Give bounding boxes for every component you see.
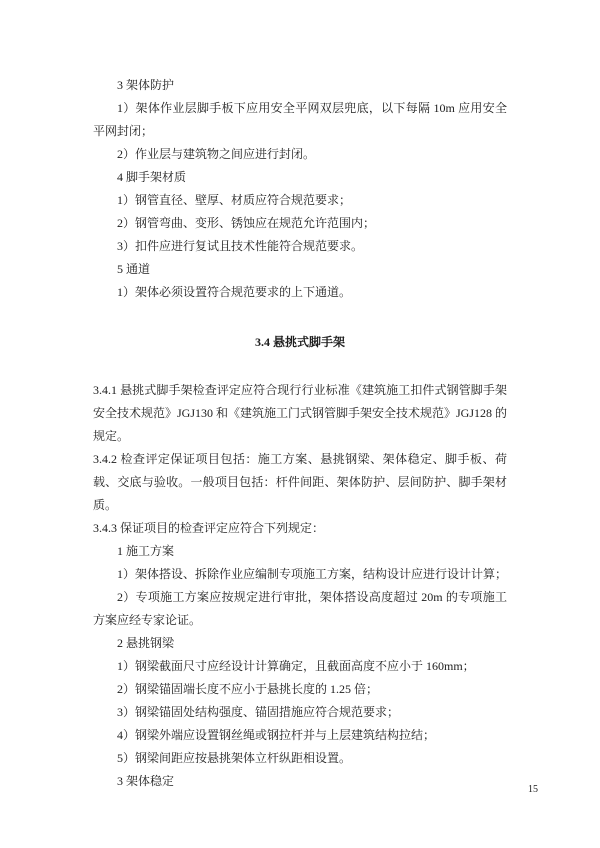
list-item: 4）钢梁外端应设置钢丝绳或钢拉杆并与上层建筑结构拉结；: [93, 724, 507, 747]
page-number: 15: [528, 783, 538, 797]
clause-paragraph-3-4-1: 3.4.1 悬挑式脚手架检查评定应符合现行行业标准《建筑施工扣件式钢管脚手架安全…: [93, 379, 507, 448]
list-item: 3）钢梁锚固处结构强度、锚固措施应符合规范要求；: [93, 701, 507, 724]
list-item: 3）扣件应进行复试且技术性能符合规范要求。: [93, 235, 507, 258]
list-item: 1）钢梁截面尺寸应经设计计算确定，且截面高度不应小于 160mm；: [93, 655, 507, 678]
list-item: 1）钢管直径、壁厚、材质应符合规范要求；: [93, 189, 507, 212]
document-content: 3 架体防护 1）架体作业层脚手板下应用安全平网双层兜底，以下每隔 10m 应用…: [93, 74, 507, 793]
list-item: 1）架体必须设置符合规范要求的上下通道。: [93, 281, 507, 304]
clause-paragraph-3-4-3: 3.4.3 保证项目的检查评定应符合下列规定：: [93, 517, 507, 540]
item-heading-frame-stability: 3 架体稳定: [93, 770, 507, 793]
item-heading-passage: 5 通道: [93, 258, 507, 281]
list-item: 1）架体作业层脚手板下应用安全平网双层兜底，以下每隔 10m 应用安全平网封闭；: [93, 97, 507, 143]
clause-paragraph-3-4-2: 3.4.2 检查评定保证项目包括：施工方案、悬挑钢梁、架体稳定、脚手板、荷载、交…: [93, 448, 507, 517]
list-item: 2）钢梁锚固端长度不应小于悬挑长度的 1.25 倍；: [93, 678, 507, 701]
item-heading-construction-plan: 1 施工方案: [93, 540, 507, 563]
list-item: 2）专项施工方案应按规定进行审批，架体搭设高度超过 20m 的专项施工方案应经专…: [93, 586, 507, 632]
document-page: 3 架体防护 1）架体作业层脚手板下应用安全平网双层兜底，以下每隔 10m 应用…: [0, 0, 600, 848]
list-item: 2）钢管弯曲、变形、锈蚀应在规范允许范围内；: [93, 212, 507, 235]
item-heading-cantilever-beam: 2 悬挑钢梁: [93, 632, 507, 655]
list-item: 1）架体搭设、拆除作业应编制专项施工方案，结构设计应进行设计计算；: [93, 563, 507, 586]
item-heading-scaffold-material: 4 脚手架材质: [93, 166, 507, 189]
list-item: 2）作业层与建筑物之间应进行封闭。: [93, 143, 507, 166]
list-item: 5）钢梁间距应按悬挑架体立杆纵距相设置。: [93, 747, 507, 770]
section-heading: 3.4 悬挑式脚手架: [93, 331, 507, 354]
item-heading-frame-protection: 3 架体防护: [93, 74, 507, 97]
